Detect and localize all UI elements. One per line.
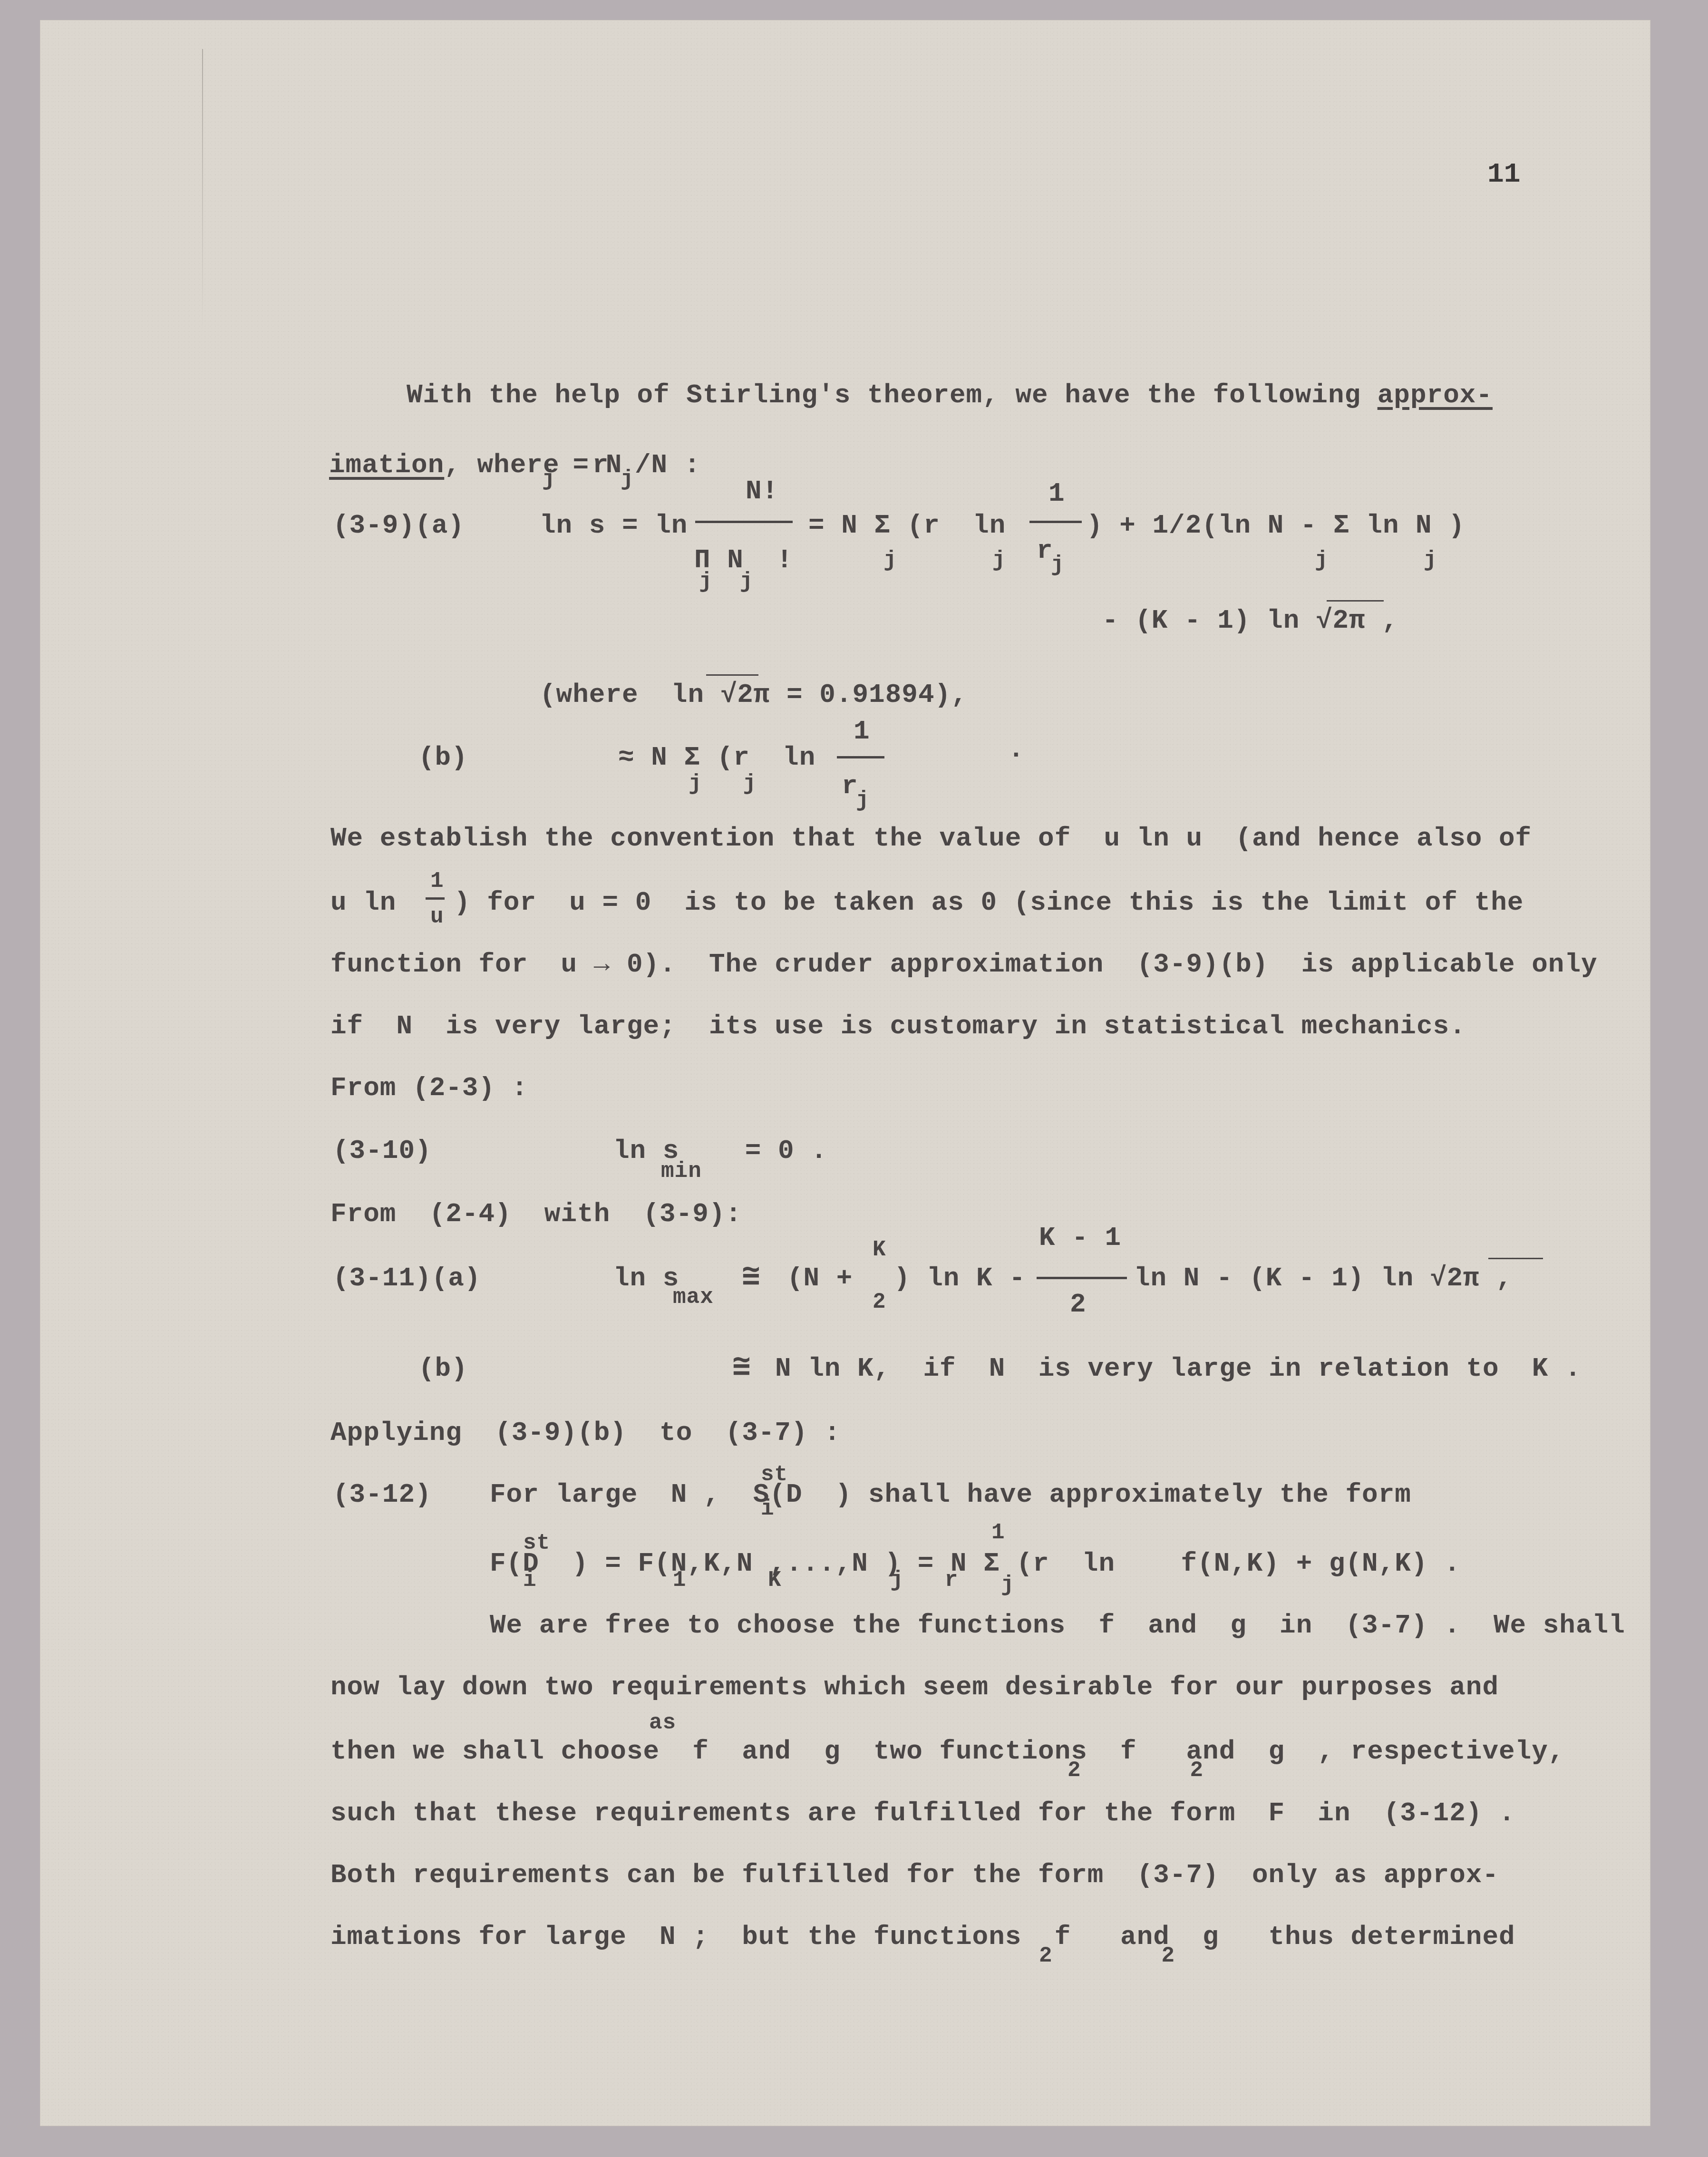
- applying-line: Applying (3-9)(b) to (3-7) :: [330, 1419, 841, 1446]
- eq-3-9b-end: .: [1008, 736, 1025, 763]
- fraction-bar: [837, 756, 884, 758]
- underlined-approx: approx-: [1378, 380, 1493, 410]
- eq-3-11a-part-1: (N +: [787, 1265, 853, 1292]
- eq-3-11a-frac1-num: K: [873, 1239, 886, 1261]
- paper-fold-mark: [202, 49, 203, 334]
- eq-3-11a-part-2: ) ln K -: [894, 1265, 1026, 1292]
- eq-3-11a-part-3: ln N - (K - 1) ln √2π ,: [1134, 1265, 1513, 1292]
- eq-3-9b-body: ≈ N Σ (r ln: [618, 744, 815, 771]
- paragraph-line-3: then we shall choose f and g two functio…: [330, 1738, 1564, 1765]
- fraction-bar: [1029, 521, 1082, 523]
- eq-3-9b-sub: j j: [689, 773, 757, 795]
- eq-label-3-11b: (b): [418, 1355, 468, 1382]
- eq-3-11a-lhs-sub: max: [673, 1286, 714, 1308]
- conv-frac-den: u: [430, 906, 444, 928]
- paragraph-line-5: Both requirements can be fulfilled for t…: [330, 1862, 1499, 1888]
- eq-3-9b-frac-num: 1: [854, 718, 870, 745]
- eq-3-9a-sum: = N Σ (r ln: [808, 512, 1006, 539]
- convention-line-2a: u ln: [330, 889, 396, 916]
- eq-3-9a-line-2: - (K - 1) ln √2π ,: [1102, 607, 1398, 634]
- convention-line-1: We establish the convention that the val…: [330, 825, 1532, 852]
- from-2-3: From (2-3) :: [330, 1075, 528, 1101]
- eq-3-12-sub: i: [761, 1498, 775, 1520]
- subscript-j: j: [621, 468, 634, 490]
- intro-line-1: With the help of Stirling's theorem, we …: [407, 382, 1493, 408]
- conv-frac-num: 1: [430, 870, 444, 892]
- eq-3-9b-frac-den-sub: j: [856, 789, 870, 811]
- eq-3-12-sup: st: [761, 1464, 788, 1486]
- sqrt-overline: [1327, 600, 1384, 602]
- convention-line-2b: ) for u = 0 is to be taken as 0 (since t…: [454, 889, 1524, 916]
- intro-eq-slash-N: /N :: [635, 452, 700, 478]
- paragraph-line-6-subs: 2 2: [1039, 1945, 1175, 1967]
- convention-line-4: if N is very large; its use is customary…: [330, 1013, 1466, 1040]
- subscript-j: j: [542, 468, 556, 490]
- eq-3-9a-frac-num: 1: [1048, 480, 1065, 507]
- eq-label-3-10: (3-10): [333, 1137, 432, 1164]
- eq-3-12-form-sub2: j: [1001, 1574, 1015, 1596]
- underlined-imation: imation: [329, 450, 444, 480]
- where-note: (where ln √2π = 0.91894),: [540, 681, 968, 708]
- approx-symbol: ≅: [742, 1263, 761, 1293]
- typed-insertion-as: as: [649, 1712, 676, 1734]
- eq-3-9a-numerator: N!: [746, 478, 778, 505]
- paragraph-line-4: such that these requirements are fulfill…: [330, 1800, 1515, 1827]
- eq-3-9a-frac-den-sub: j: [1051, 554, 1065, 576]
- eq-3-9a-den-sub: j j: [699, 571, 753, 593]
- approx-symbol: ≅: [732, 1353, 751, 1383]
- eq-3-12-form-sup: st: [523, 1532, 550, 1554]
- paragraph-line-3-subs: 2 2: [1067, 1759, 1203, 1781]
- eq-3-12-form-subs: i 1 K j r: [523, 1569, 958, 1591]
- eq-3-11a-lhs: ln s: [613, 1265, 679, 1292]
- eq-3-10-sub: min: [661, 1160, 702, 1182]
- eq-label-3-12: (3-12): [333, 1481, 432, 1508]
- eq-3-11a-frac2-den: 2: [1070, 1291, 1087, 1318]
- eq-3-12-form-frac-num: 1: [991, 1522, 1005, 1544]
- eq-3-11b-body: N ln K, if N is very large in relation t…: [775, 1355, 1582, 1382]
- eq-3-11a-frac1-den: 2: [873, 1291, 886, 1313]
- eq-label-3-9a: (3-9)(a): [333, 512, 465, 539]
- eq-label-3-9b: (b): [418, 744, 468, 771]
- from-2-4: From (2-4) with (3-9):: [330, 1201, 742, 1227]
- eq-3-10-body: ln s = 0 .: [613, 1137, 827, 1164]
- paragraph-line-2: now lay down two requirements which seem…: [330, 1674, 1499, 1700]
- page-number: 11: [1487, 159, 1521, 190]
- sqrt-overline: [1488, 1258, 1543, 1259]
- fraction-bar: [426, 897, 445, 900]
- fraction-bar: [695, 521, 793, 523]
- eq-3-9a-rhs-sub: j j: [1315, 549, 1437, 571]
- intro-text: With the help of Stirling's theorem, we …: [407, 380, 1378, 410]
- eq-3-9a-sum-sub: j j: [883, 549, 1006, 571]
- eq-3-9a-lhs: ln s = ln: [540, 512, 688, 539]
- paragraph-line-6: imations for large N ; but the functions…: [330, 1924, 1515, 1950]
- eq-3-11a-frac2-num: K - 1: [1039, 1224, 1121, 1251]
- eq-3-12-body: For large N , S(D ) shall have approxima…: [490, 1481, 1411, 1508]
- eq-3-9a-rhs: ) + 1/2(ln N - Σ ln N ): [1087, 512, 1465, 539]
- intro-eq-N: = N: [556, 452, 622, 478]
- convention-line-3: function for u → 0). The cruder approxim…: [330, 951, 1598, 978]
- fraction-bar: [1037, 1277, 1127, 1279]
- sqrt-overline: [706, 674, 758, 676]
- paragraph-line-1: We are free to choose the functions f an…: [490, 1612, 1625, 1639]
- eq-label-3-11a: (3-11)(a): [333, 1265, 481, 1292]
